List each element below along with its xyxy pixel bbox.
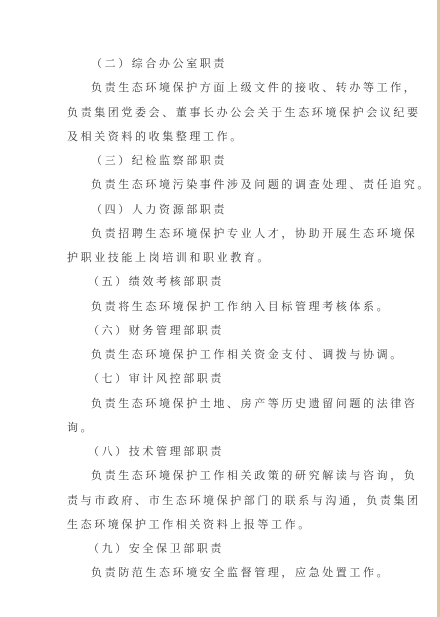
section-heading: （四）人力资源部职责 xyxy=(67,198,377,222)
section-heading: （七）审计风控部职责 xyxy=(67,367,377,391)
paragraph-line: 护职业技能上岗培训和职业教育。 xyxy=(67,246,377,270)
document-page: （二）综合办公室职责 负责生态环境保护方面上级文件的接收、转办等工作， 负责集团… xyxy=(0,0,437,617)
paragraph-line: 负责生态环境保护土地、房产等历史遗留问题的法律咨 xyxy=(67,392,377,416)
paragraph-line: 负责招聘生态环境保护专业人才，协助开展生态环境保 xyxy=(67,222,377,246)
paragraph-line: 询。 xyxy=(67,416,377,440)
paragraph-line: 负责防范生态环境安全监督管理，应急处置工作。 xyxy=(67,561,377,585)
section-general-office: （二）综合办公室职责 负责生态环境保护方面上级文件的接收、转办等工作， 负责集团… xyxy=(67,52,377,149)
document-content: （二）综合办公室职责 负责生态环境保护方面上级文件的接收、转办等工作， 负责集团… xyxy=(67,52,377,586)
section-security: （九）安全保卫部职责 负责防范生态环境安全监督管理，应急处置工作。 xyxy=(67,537,377,586)
paragraph-line: 负责生态环境污染事件涉及问题的调查处理、责任追究。 xyxy=(67,173,377,197)
section-finance: （六）财务管理部职责 负责生态环境保护工作相关资金支付、调拨与协调。 xyxy=(67,319,377,368)
section-heading: （五）绩效考核部职责 xyxy=(67,270,377,294)
paragraph-line: 责与市政府、市生态环境保护部门的联系与沟通，负责集团 xyxy=(67,489,377,513)
section-heading: （六）财务管理部职责 xyxy=(67,319,377,343)
section-heading: （三）纪检监察部职责 xyxy=(67,149,377,173)
section-heading: （八）技术管理部职责 xyxy=(67,440,377,464)
section-heading: （九）安全保卫部职责 xyxy=(67,537,377,561)
section-discipline-inspection: （三）纪检监察部职责 负责生态环境污染事件涉及问题的调查处理、责任追究。 xyxy=(67,149,377,198)
paragraph-line: 生态环境保护工作相关资料上报等工作。 xyxy=(67,513,377,537)
section-human-resources: （四）人力资源部职责 负责招聘生态环境保护专业人才，协助开展生态环境保 护职业技… xyxy=(67,198,377,271)
section-performance-assessment: （五）绩效考核部职责 负责将生态环境保护工作纳入目标管理考核体系。 xyxy=(67,270,377,319)
paragraph-line: 负责将生态环境保护工作纳入目标管理考核体系。 xyxy=(67,295,377,319)
paragraph-line: 负责集团党委会、董事长办公会关于生态环境保护会议纪要 xyxy=(67,101,377,125)
section-heading: （二）综合办公室职责 xyxy=(67,52,377,76)
paragraph-line: 负责生态环境保护工作相关政策的研究解读与咨询，负 xyxy=(67,464,377,488)
paragraph-line: 负责生态环境保护工作相关资金支付、调拨与协调。 xyxy=(67,343,377,367)
paragraph-line: 及相关资料的收集整理工作。 xyxy=(67,125,377,149)
section-audit-risk: （七）审计风控部职责 负责生态环境保护土地、房产等历史遗留问题的法律咨 询。 xyxy=(67,367,377,440)
section-technical-management: （八）技术管理部职责 负责生态环境保护工作相关政策的研究解读与咨询，负 责与市政… xyxy=(67,440,377,537)
paragraph-line: 负责生态环境保护方面上级文件的接收、转办等工作， xyxy=(67,76,377,100)
